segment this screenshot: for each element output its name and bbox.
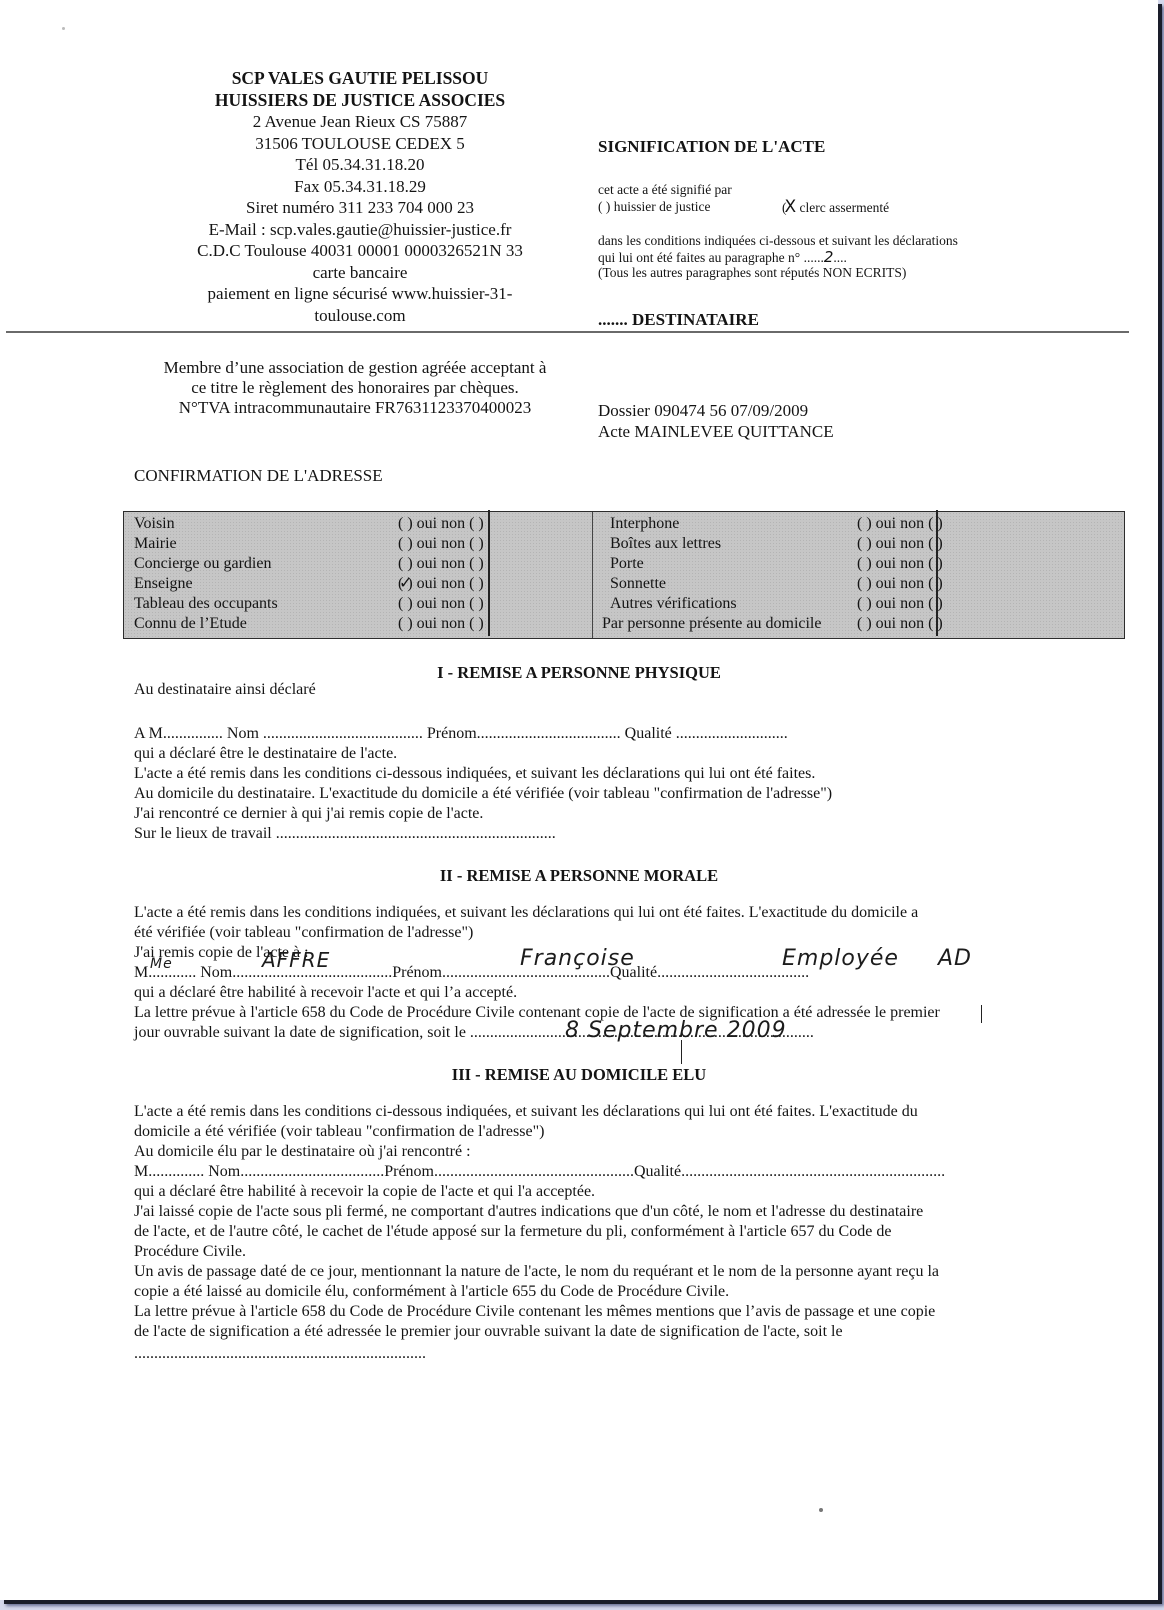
section2-fields: M............ Nom.......................… <box>134 963 809 983</box>
firm-address-line2: 31506 TOULOUSE CEDEX 5 <box>140 133 580 155</box>
section3-line: Un avis de passage daté de ce jour, ment… <box>134 1262 939 1282</box>
firm-email: E-Mail : scp.vales.gautie@huissier-justi… <box>140 219 580 241</box>
handwritten-stroke-right <box>936 510 938 636</box>
firm-address-line1: 2 Avenue Jean Rieux CS 75887 <box>140 111 580 133</box>
confirmation-label: Sonnette <box>610 574 666 594</box>
oui-non-checkbox[interactable]: ( ) oui non ( ) <box>857 594 943 614</box>
confirmation-label: Mairie <box>134 534 177 554</box>
confirmation-label: Interphone <box>610 514 679 534</box>
confirmation-label: Autres vérifications <box>610 594 737 614</box>
conditions-line2: qui lui ont été faites au paragraphe n° … <box>598 249 847 266</box>
confirmation-label: Concierge ou gardien <box>134 554 271 574</box>
confirmation-label: Voisin <box>134 514 175 534</box>
oui-non-checkbox[interactable]: ( ) oui non ( ) <box>857 574 943 594</box>
scan-speck <box>819 1508 823 1512</box>
acte-type: Acte MAINLEVEE QUITTANCE <box>598 421 834 442</box>
oui-non-checkbox[interactable]: ( ) oui non ( ) <box>857 554 943 574</box>
oui-non-checkbox[interactable]: ( ) oui non ( ) <box>398 614 484 634</box>
section1-line: L'acte a été remis dans les conditions c… <box>134 764 815 784</box>
handwritten-qualite: Employée <box>782 946 899 971</box>
confirmation-label: Boîtes aux lettres <box>610 534 721 554</box>
section3-line: ........................................… <box>134 1344 426 1364</box>
document-page: SCP VALES GAUTIE PELISSOU HUISSIERS DE J… <box>0 0 1158 1600</box>
clerc-label: clerc assermenté <box>800 200 890 215</box>
firm-name: SCP VALES GAUTIE PELISSOU <box>140 68 580 90</box>
section1-line: Au domicile du destinataire. L'exactitud… <box>134 784 832 804</box>
section3-line: qui a déclaré être habilité à recevoir l… <box>134 1182 595 1202</box>
confirmation-title: CONFIRMATION DE L'ADRESSE <box>134 466 383 486</box>
oui-non-checkbox[interactable]: ( ) oui non ( ) <box>857 534 943 554</box>
confirmation-label: Porte <box>610 554 644 574</box>
confirmation-label: Tableau des occupants <box>134 594 278 614</box>
section1-line: J'ai rencontré ce dernier à qui j'ai rem… <box>134 804 483 824</box>
section2-line5: La lettre prévue à l'article 658 du Code… <box>134 1003 940 1023</box>
oui-non-checkbox[interactable]: ( ) oui non ( ) <box>398 534 484 554</box>
handwritten-nom: AFFRE <box>262 948 330 972</box>
scan-speck <box>62 27 65 30</box>
firm-subtitle: HUISSIERS DE JUSTICE ASSOCIES <box>140 90 580 112</box>
firm-payment-line1: carte bancaire <box>140 262 580 284</box>
dossier-info: Dossier 090474 56 07/09/2009 Acte MAINLE… <box>598 400 834 442</box>
handwritten-prenom: Françoise <box>520 946 635 971</box>
section3-line: de l'acte, et de l'autre côté, le cachet… <box>134 1222 891 1242</box>
section1-line: Sur le lieux de travail ................… <box>134 824 556 844</box>
section3-line: copie a été laissé au domicile élu, conf… <box>134 1282 729 1302</box>
table-divider <box>592 512 593 638</box>
confirmation-label: Par personne présente au domicile <box>602 614 821 634</box>
section2-line2: été vérifiée (voir tableau "confirmation… <box>134 923 473 943</box>
section3-line: J'ai laissé copie de l'acte sous pli fer… <box>134 1202 923 1222</box>
oui-non-checkbox[interactable]: ( ) oui non ( ) <box>398 594 484 614</box>
section3-line: domicile a été vérifiée (voir tableau "c… <box>134 1122 544 1142</box>
signification-title: SIGNIFICATION DE L'ACTE <box>598 137 825 157</box>
destinataire-heading: ....... DESTINATAIRE <box>598 310 759 330</box>
section3-line: Au domicile élu par le destinataire où j… <box>134 1142 471 1162</box>
section1-line: qui a déclaré être le destinataire de l'… <box>134 744 397 764</box>
oui-non-checkbox[interactable]: ( ) oui non ( ) <box>857 614 943 634</box>
served-by-label: cet acte a été signifié par <box>598 182 732 198</box>
firm-fax: Fax 05.34.31.18.29 <box>140 176 580 198</box>
oui-non-checkbox[interactable]: ( ) oui non ( ) <box>398 554 484 574</box>
conditions-line3: (Tous les autres paragraphes sont réputé… <box>598 265 906 281</box>
conditions-line1: dans les conditions indiquées ci-dessous… <box>598 233 958 249</box>
check-mark-icon: ✓ <box>399 573 412 593</box>
address-confirmation-table: Voisin( ) oui non ( )Mairie( ) oui non (… <box>123 511 1125 639</box>
firm-payment-line3: toulouse.com <box>140 305 580 327</box>
oui-non-checkbox[interactable]: ( ) oui non ( ) <box>857 514 943 534</box>
section3-line: La lettre prévue à l'article 658 du Code… <box>134 1302 935 1322</box>
handwritten-initials: AD <box>938 946 972 971</box>
firm-tel: Tél 05.34.31.18.20 <box>140 154 580 176</box>
confirmation-label: Enseigne <box>134 574 193 594</box>
confirmation-label: Connu de l’Etude <box>134 614 247 634</box>
firm-cdc: C.D.C Toulouse 40031 00001 0000326521N 3… <box>140 240 580 262</box>
section1-intro: Au destinataire ainsi déclaré <box>134 680 316 700</box>
member-notice: Membre d’une association de gestion agré… <box>120 358 590 418</box>
tva-number: N°TVA intracommunautaire FR7631123370400… <box>120 398 590 418</box>
paragraph-number-handwritten: 2 <box>824 248 834 266</box>
handwritten-stroke-accent <box>981 1005 982 1023</box>
section3-line: de l'acte de signification a été adressé… <box>134 1322 843 1342</box>
section3-title: III - REMISE AU DOMICILE ELU <box>0 1065 1158 1085</box>
section2-line4: qui a déclaré être habilité à recevoir l… <box>134 983 517 1003</box>
firm-letterhead: SCP VALES GAUTIE PELISSOU HUISSIERS DE J… <box>140 68 580 326</box>
section3-line: L'acte a été remis dans les conditions c… <box>134 1102 918 1122</box>
handwritten-date: 8 Septembre 2009 <box>565 1018 787 1043</box>
firm-siret: Siret numéro 311 233 704 000 23 <box>140 197 580 219</box>
section3-line: M.............. Nom.....................… <box>134 1162 945 1182</box>
handwritten-stroke-tail <box>681 1040 682 1064</box>
option-huissier: ( ) huissier de justice <box>598 199 710 215</box>
clerc-check-mark: X <box>785 197 797 217</box>
section2-title: II - REMISE A PERSONNE MORALE <box>0 866 1158 886</box>
section2-line1: L'acte a été remis dans les conditions i… <box>134 903 918 923</box>
handwritten-stroke-left <box>488 510 490 636</box>
firm-payment-line2: paiement en ligne sécurisé www.huissier-… <box>140 283 580 305</box>
header-divider <box>6 331 1129 333</box>
option-clerc: (X clerc assermenté <box>782 199 889 216</box>
section1-fields: A M............... Nom .................… <box>134 724 788 744</box>
dossier-number: Dossier 090474 56 07/09/2009 <box>598 400 834 421</box>
oui-non-checkbox[interactable]: ( ) oui non ( ) <box>398 514 484 534</box>
section3-line: Procédure Civile. <box>134 1242 246 1262</box>
handwritten-civility: Me <box>150 956 173 972</box>
